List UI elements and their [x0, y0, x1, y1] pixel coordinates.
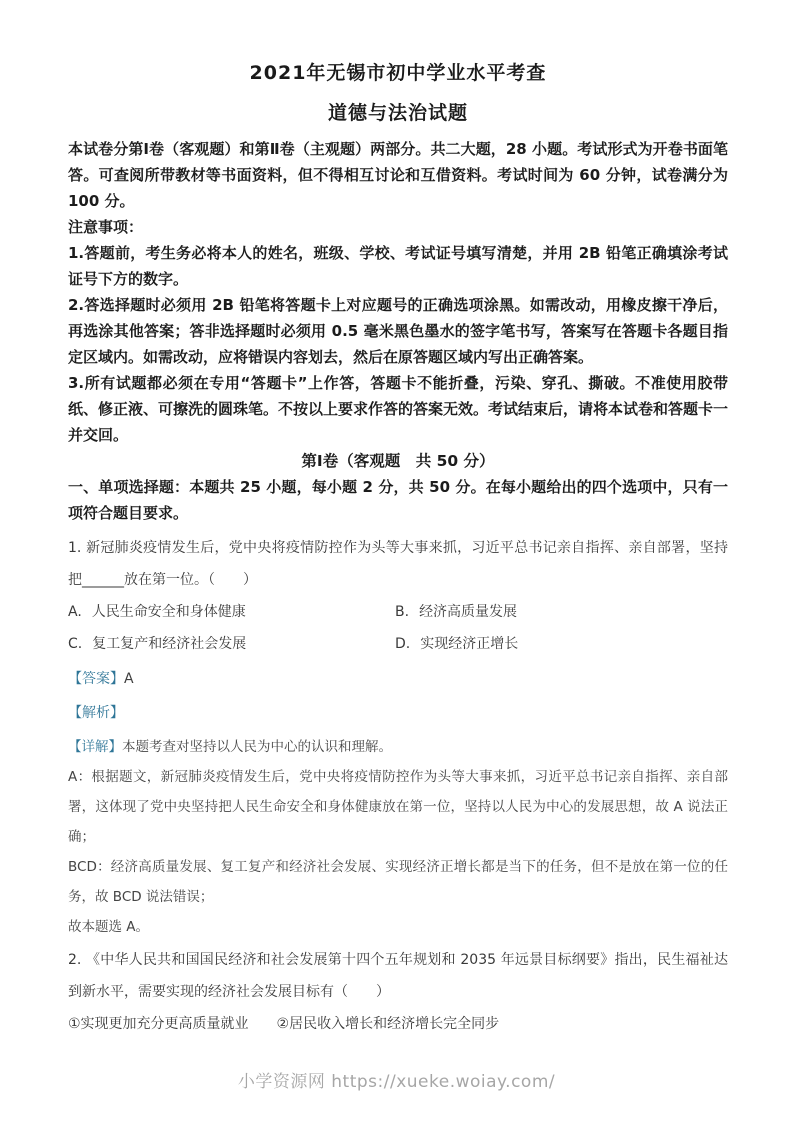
section-1-heading: 第Ⅰ卷（客观题 共 50 分）: [68, 448, 728, 474]
option-d-text: 实现经济正增长: [420, 636, 518, 652]
option-c-text: 复工复产和经济社会发展: [92, 636, 246, 652]
question-1-detail-conclusion: 故本题选 A。: [68, 912, 728, 942]
footer-url-link[interactable]: https://xueke.woiay.com/: [331, 1072, 555, 1092]
option-b-text: 经济高质量发展: [419, 604, 517, 620]
note-3: 3.所有试题都必须在专用“答题卡”上作答，答题卡不能折叠，污染、穿孔、撕破。不准…: [68, 370, 728, 448]
section-1-intro: 一、单项选择题：本题共 25 小题，每小题 2 分，共 50 分。在每小题给出的…: [68, 474, 728, 526]
question-1-option-a: A.人民生命安全和身体健康: [68, 596, 395, 628]
question-1-detail-a: A：根据题文，新冠肺炎疫情发生后，党中央将疫情防控作为头等大事来抓，习近平总书记…: [68, 762, 728, 852]
option-c-label: C.: [68, 636, 82, 652]
question-1-detail-intro: 【详解】本题考查对坚持以人民为中心的认识和理解。: [68, 732, 728, 762]
question-1-option-b: B.经济高质量发展: [395, 596, 728, 628]
question-1-options: A.人民生命安全和身体健康 B.经济高质量发展 C.复工复产和经济社会发展 D.…: [68, 596, 728, 660]
option-a-label: A.: [68, 604, 82, 620]
question-1-stem: 1. 新冠肺炎疫情发生后，党中央将疫情防控作为头等大事来抓，习近平总书记亲自指挥…: [68, 532, 728, 596]
detail-marker: 【详解】: [68, 739, 122, 755]
footer-site-name: 小学资源网: [238, 1072, 326, 1092]
option-a-text: 人民生命安全和身体健康: [92, 604, 246, 620]
question-1-option-d: D.实现经济正增长: [395, 628, 728, 660]
option-b-label: B.: [395, 604, 409, 620]
question-1-option-c: C.复工复产和经济社会发展: [68, 628, 395, 660]
footer-watermark: 小学资源网 https://xueke.woiay.com/: [0, 1067, 793, 1092]
question-2-subopts: ①实现更加充分更高质量就业 ②居民收入增长和经济增长完全同步: [68, 1008, 728, 1041]
question-1: 1. 新冠肺炎疫情发生后，党中央将疫情防控作为头等大事来抓，习近平总书记亲自指挥…: [68, 532, 728, 942]
exam-document-page: 2021年无锡市初中学业水平考查 道德与法治试题 本试卷分第Ⅰ卷（客观题）和第Ⅱ…: [0, 0, 793, 1122]
option-d-label: D.: [395, 636, 410, 652]
answer-value: A: [124, 671, 134, 687]
answer-marker: 【答案】: [68, 671, 124, 687]
question-2: 2. 《中华人民共和国国民经济和社会发展第十四个五年规划和 2035 年远景目标…: [68, 944, 728, 1041]
note-1: 1.答题前，考生务必将本人的姓名，班级、学校、考试证号填写清楚，并用 2B 铅笔…: [68, 240, 728, 292]
detail-intro-text: 本题考查对坚持以人民为中心的认识和理解。: [122, 739, 392, 755]
note-2: 2.答选择题时必须用 2B 铅笔将答题卡上对应题号的正确选项涂黑。如需改动，用橡…: [68, 292, 728, 370]
exam-intro-paragraph: 本试卷分第Ⅰ卷（客观题）和第Ⅱ卷（主观题）两部分。共二大题，28 小题。考试形式…: [68, 136, 728, 214]
question-2-stem: 2. 《中华人民共和国国民经济和社会发展第十四个五年规划和 2035 年远景目标…: [68, 944, 728, 1008]
analysis-marker: 【解析】: [68, 705, 124, 721]
question-1-analysis-line: 【解析】: [68, 698, 728, 728]
exam-title: 2021年无锡市初中学业水平考查: [68, 60, 728, 86]
exam-subtitle: 道德与法治试题: [68, 100, 728, 126]
question-1-answer-line: 【答案】A: [68, 664, 728, 694]
question-1-detail-bcd: BCD：经济高质量发展、复工复产和经济社会发展、实现经济正增长都是当下的任务，但…: [68, 852, 728, 912]
notes-title: 注意事项：: [68, 214, 728, 240]
